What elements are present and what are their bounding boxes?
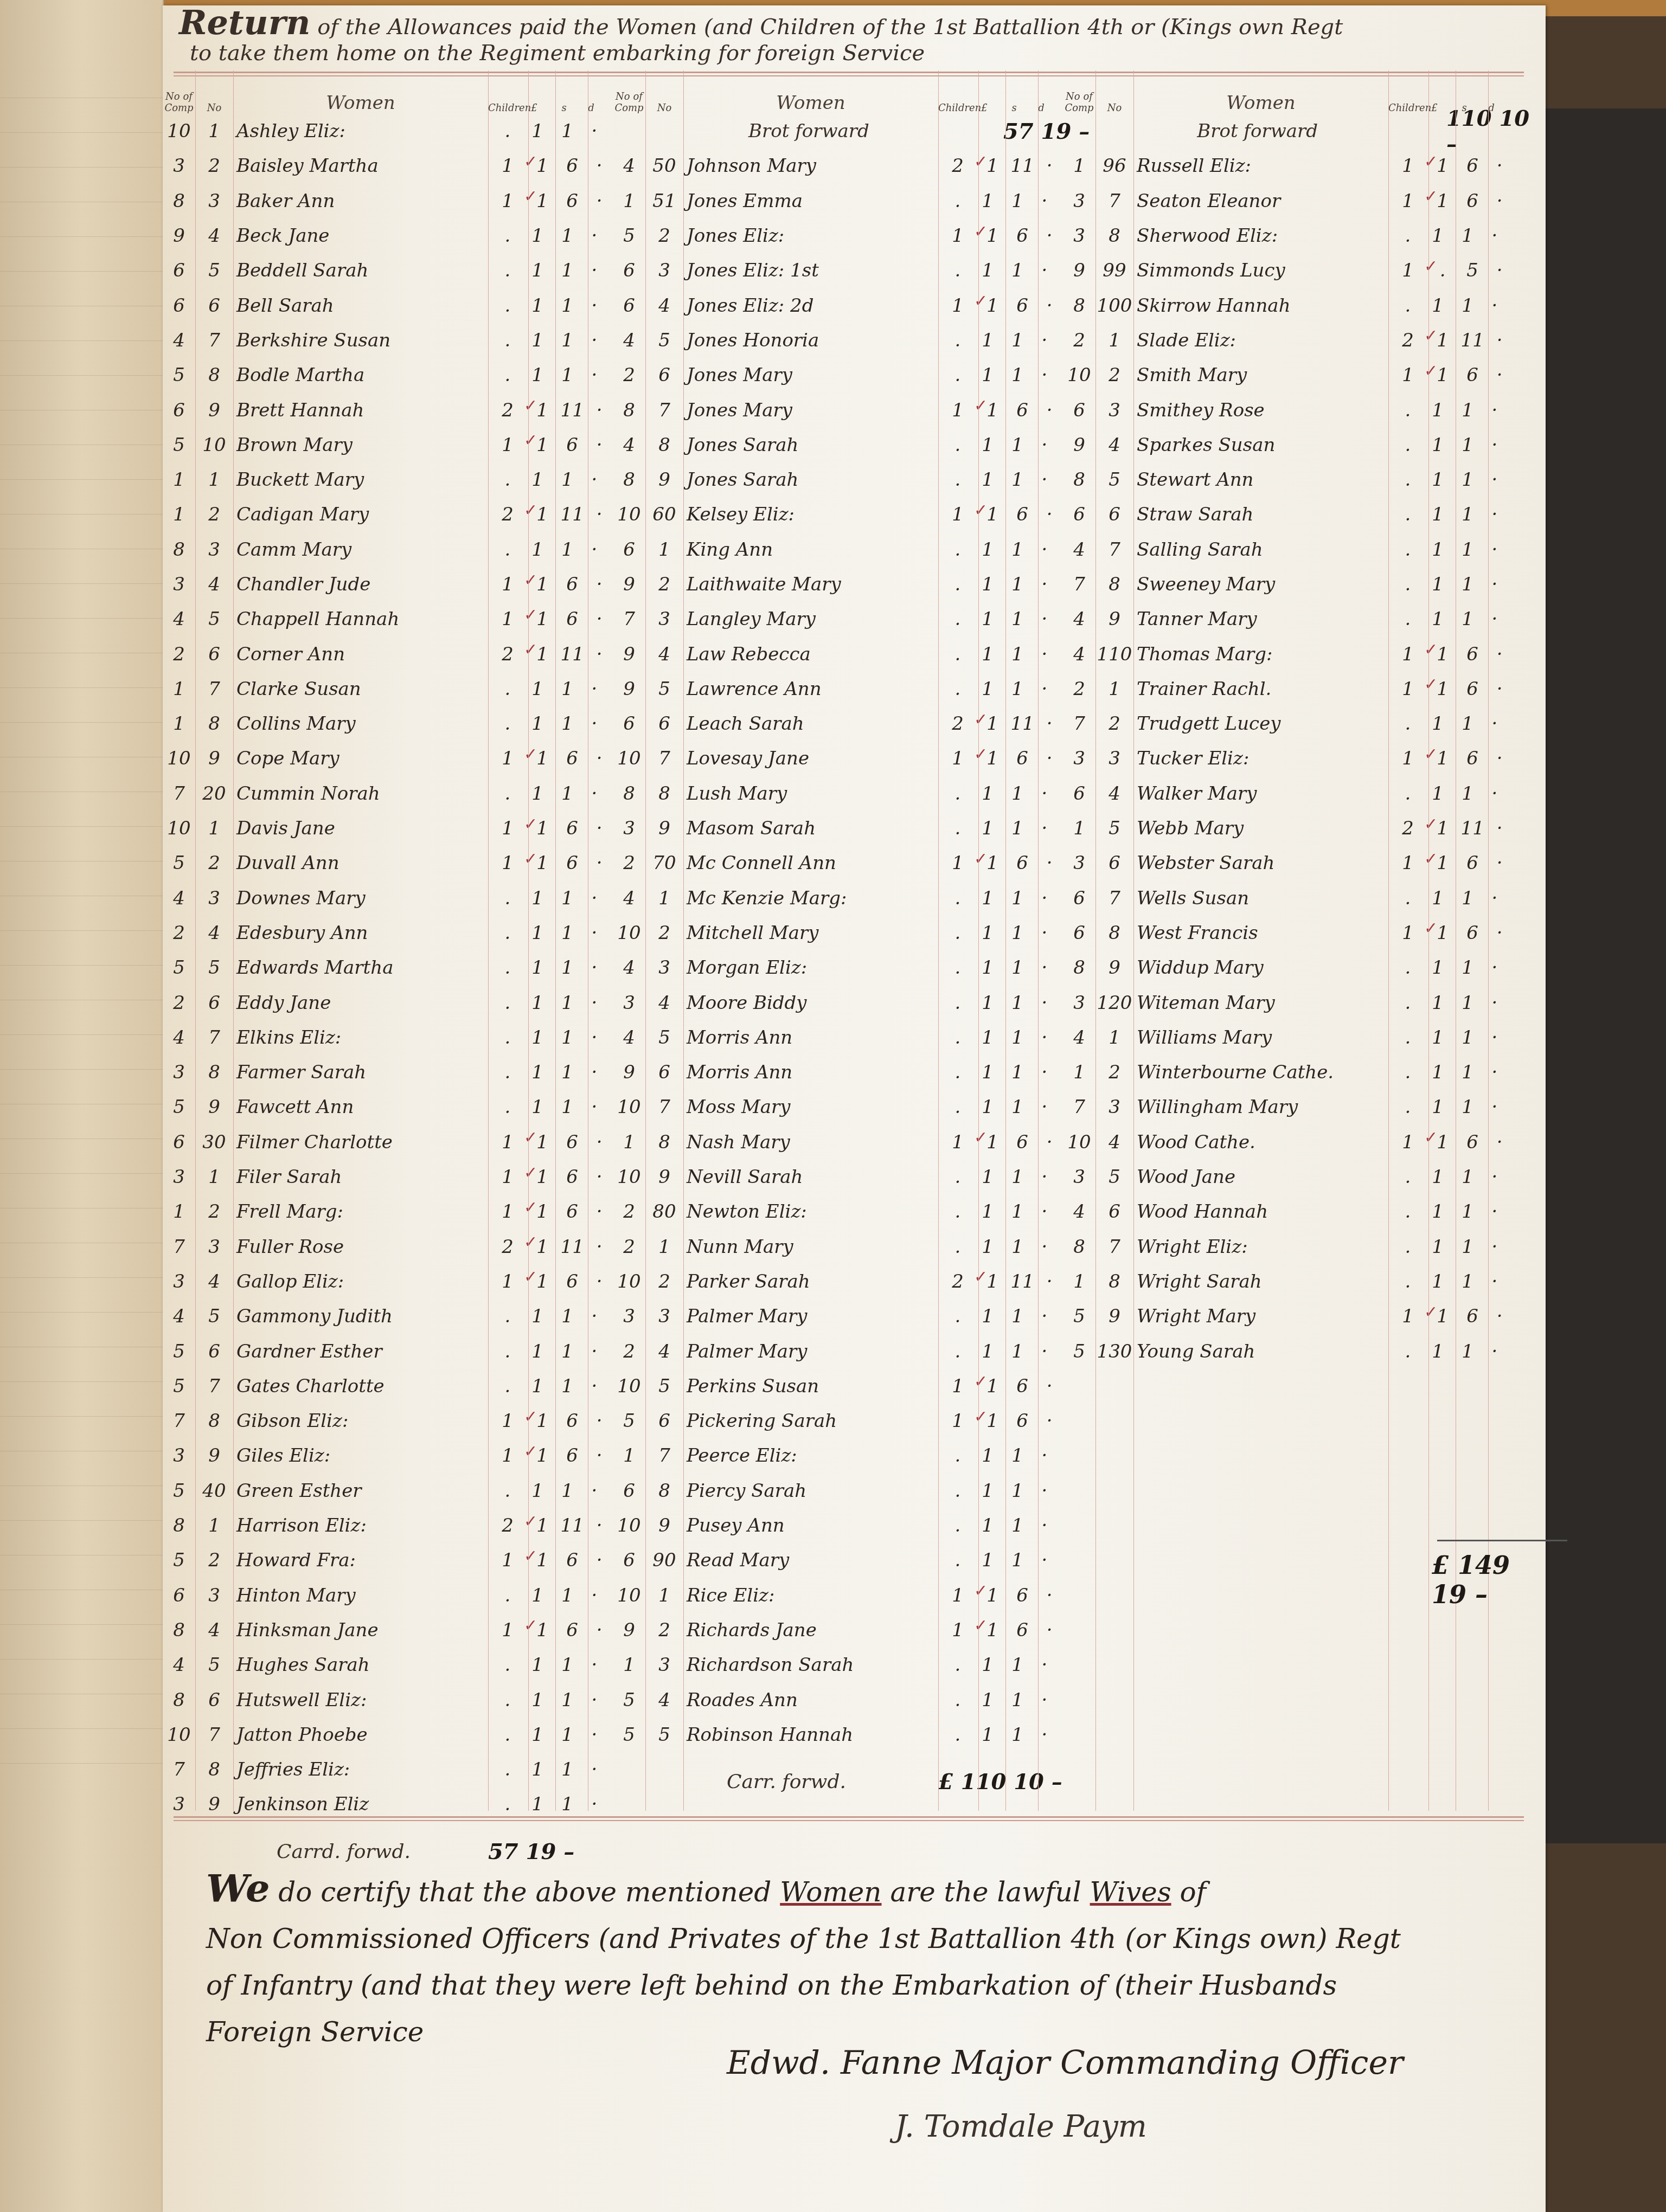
children-count: . [491,225,524,247]
pence-separator: · [1484,1062,1505,1083]
woman-name: Nevill Sarah [683,1166,941,1188]
company-number: 9 [613,678,645,700]
pence: 1 [551,225,584,247]
entry-number: 3 [645,1654,683,1676]
ledger-row: 45Chappell Hannah1✓16· [163,602,610,636]
company-number: 3 [613,992,645,1014]
woman-name: Hughes Sarah [233,1654,491,1676]
ledger-row: 84Hinksman Jane1✓16· [163,1613,610,1648]
entry-number: 5 [645,678,683,700]
entry-number: 7 [195,1027,233,1049]
entry-number: 1 [195,1515,233,1536]
children-count: . [1392,469,1424,491]
check-mark-icon: ✓ [524,1616,537,1635]
woman-name: Wright Mary [1133,1306,1392,1327]
pence: 1 [551,713,584,735]
check-mark-icon: ✓ [524,571,537,590]
ruled-line [0,1728,163,1729]
entry-number: 3 [195,539,233,561]
company-number: 2 [613,364,645,386]
pence-separator: · [588,1201,610,1223]
company-number: 2 [163,922,195,944]
company-number: 6 [1063,400,1095,421]
ledger-row: 94Law Rebecca.11· [613,636,1090,671]
pence: 6 [1006,1131,1039,1153]
pence: 1 [1001,190,1034,212]
ledger-row: 36Webster Sarah1✓16· [1063,846,1546,880]
woman-name: Seaton Eleanor [1133,190,1392,212]
company-number: 2 [163,644,195,665]
entry-number: 9 [1095,957,1133,979]
company-number: 1 [163,1201,195,1223]
ruled-line [0,861,163,861]
ledger-row: 102Mitchell Mary.11· [613,916,1090,950]
woman-name: Jones Emma [683,190,941,212]
pence: 1 [551,1585,584,1606]
pence: 1 [1451,1027,1484,1049]
company-number: 8 [613,783,645,805]
entry-number: 4 [195,1271,233,1293]
company-number: 5 [1063,1341,1095,1362]
entry-number: 10 [195,434,233,456]
woman-name: Downes Mary [233,888,491,909]
pence: 6 [556,1445,588,1467]
pence: 1 [1451,1096,1484,1118]
entry-number: 2 [195,155,233,177]
company-number: 9 [163,225,195,247]
woman-name: Langley Mary [683,608,941,630]
woman-name: Wells Susan [1133,888,1392,909]
header-comp: No of Comp [1063,91,1095,114]
ledger-row: 39Jenkinson Eliz.11· [163,1787,610,1822]
pence: 1 [1001,1445,1034,1467]
ledger-row: 37Seaton Eleanor1✓16· [1063,184,1546,218]
woman-name: Williams Mary [1133,1027,1392,1049]
ledger-row: 104Wood Cathe.1✓16· [1063,1125,1546,1160]
check-mark-icon: ✓ [974,850,988,869]
pence: 11 [1006,713,1039,735]
book-cover [1541,108,1666,1843]
company-number: 3 [1063,852,1095,874]
children-count: . [1392,1236,1424,1258]
entry-number: 90 [645,1549,683,1571]
ledger-row: 45Hughes Sarah.11· [163,1648,610,1682]
pence-separator: · [588,1619,610,1641]
entry-number: 6 [1095,504,1133,525]
ledger-row: 83Baker Ann1✓16· [163,184,610,218]
woman-name: Winterbourne Cathe. [1133,1062,1392,1083]
ledger-column-2: No of CompNoWomenChildren£sdBrot forward… [613,76,1090,1812]
company-number: 2 [1063,330,1095,351]
children-count: . [491,1341,524,1362]
entry-number: 7 [195,1724,233,1746]
pence: 6 [1006,504,1039,525]
woman-name: Nash Mary [683,1131,941,1153]
ledger-row: 92Richards Jane1✓16· [613,1613,1090,1648]
pence: 6 [556,574,588,595]
ledger-row: 63Jones Eliz: 1st.11· [613,253,1090,288]
entry-number: 8 [1095,1271,1133,1293]
pence-separator: · [1484,539,1505,561]
entry-number: 100 [1095,295,1133,317]
pence-separator: · [1034,1480,1055,1502]
woman-name: Clarke Susan [233,678,491,700]
ruled-line [0,618,163,619]
ledger-row: 17Peerce Eliz:.11· [613,1438,1090,1473]
company-number: 6 [163,260,195,281]
entry-number: 7 [645,1096,683,1118]
carried-forward-label: Carrd. forwd. [277,1841,488,1863]
pence-separator: · [1039,748,1060,769]
check-mark-icon: ✓ [524,850,537,869]
column-rule [1388,70,1389,1811]
pence: 1 [1001,1236,1034,1258]
children-count: 1 [491,748,524,769]
children-count: 1 [491,818,524,839]
check-mark-icon: ✓ [1424,1303,1438,1322]
ledger-row: 66Straw Sarah.11· [1063,497,1546,532]
company-number: 3 [1063,992,1095,1014]
ledger-row: 280Newton Eliz:.11· [613,1194,1090,1229]
ruled-line [0,1451,163,1451]
pence-separator: · [1484,1201,1505,1223]
pence-separator: · [588,1271,610,1293]
company-number: 1 [613,1654,645,1676]
pence: 1 [1001,1724,1034,1746]
children-count: 1 [941,504,974,525]
woman-name: King Ann [683,539,941,561]
woman-name: Fuller Rose [233,1236,491,1258]
entry-number: 50 [645,155,683,177]
company-number: 7 [613,608,645,630]
ledger-row: 101Ashley Eliz:.11· [163,114,610,149]
header-no: No [195,102,233,114]
entry-number: 1 [645,539,683,561]
ledger-row: 49Tanner Mary.11· [1063,602,1546,636]
ledger-row: 21Slade Eliz:2✓111· [1063,323,1546,358]
company-number: 4 [163,888,195,909]
children-count: . [941,1480,974,1502]
woman-name: Tanner Mary [1133,608,1392,630]
pence-separator: · [1039,1131,1060,1153]
pence-separator: · [1484,504,1505,525]
ledger-row: 109Cope Mary1✓16· [163,741,610,776]
pence-separator: · [584,922,605,944]
woman-name: Pickering Sarah [683,1410,941,1432]
woman-name: Berkshire Susan [233,330,491,351]
pence-separator: · [584,1096,605,1118]
ledger-row: 450Johnson Mary2✓111· [613,149,1090,183]
children-count: 1 [491,1131,524,1153]
pence: 1 [1001,1549,1034,1571]
pence: 1 [551,1375,584,1397]
pence-separator: · [1034,1445,1055,1467]
column-rule [1038,70,1039,1811]
woman-name: Beddell Sarah [233,260,491,281]
column-headers: No of CompNoWomenChildren£sd [613,76,1090,114]
cert-women: Women [780,1876,881,1908]
entry-number: 1 [1095,1027,1133,1049]
pence: 11 [1006,1271,1039,1293]
woman-name: Pusey Ann [683,1515,941,1536]
entry-number: 2 [1095,1062,1133,1083]
children-count: . [941,1341,974,1362]
pence: 1 [551,1759,584,1780]
woman-name: Howard Fra: [233,1549,491,1571]
pence: 1 [1451,1166,1484,1188]
woman-name: Rice Eliz: [683,1585,941,1606]
children-count: . [491,713,524,735]
ledger-row: 510Brown Mary1✓16· [163,428,610,462]
pence: 6 [556,1201,588,1223]
children-count: . [1392,1271,1424,1293]
entry-number: 9 [645,1166,683,1188]
entry-number: 80 [645,1201,683,1223]
column-rule [683,70,684,1811]
woman-name: Tucker Eliz: [1133,748,1392,769]
entry-number: 8 [195,364,233,386]
company-number: 3 [163,574,195,595]
pence: 1 [1001,1480,1034,1502]
column-rule [195,70,196,1811]
pence: 1 [1001,1096,1034,1118]
ledger-row: 270Mc Connell Ann1✓16· [613,846,1090,880]
ledger-row: 87Jones Mary1✓16· [613,393,1090,427]
ledger-row: 33Tucker Eliz:1✓16· [1063,741,1546,776]
pence-separator: · [1484,1236,1505,1258]
entry-number: 6 [195,1341,233,1362]
document-title: Return of the Allowances paid the Women … [179,10,1524,66]
company-number: 4 [1063,1027,1095,1049]
ledger-row: 8100Skirrow Hannah.11· [1063,288,1546,323]
children-count: 1 [491,1445,524,1467]
pence: 1 [1001,922,1034,944]
pence: 6 [556,818,588,839]
ruled-line [0,583,163,584]
company-number: 3 [1063,190,1095,212]
entry-number: 7 [645,748,683,769]
check-mark-icon: ✓ [974,1581,988,1600]
ledger-row: 17Clarke Susan.11· [163,672,610,706]
company-number: 8 [1063,1236,1095,1258]
children-count: . [941,1654,974,1676]
ledger-row: 94Beck Jane.11· [163,218,610,253]
woman-name: Trainer Rachl. [1133,678,1392,700]
pence-separator: · [1034,608,1055,630]
ruled-line [0,236,163,237]
entry-number: 4 [1095,783,1133,805]
pence: 6 [1456,852,1489,874]
children-count: . [1392,1341,1424,1362]
woman-name: Ashley Eliz: [233,120,491,142]
woman-name: Filer Sarah [233,1166,491,1188]
entry-number: 8 [645,783,683,805]
pence-separator: · [584,260,605,281]
company-number: 1 [163,469,195,491]
check-mark-icon: ✓ [524,396,537,415]
pence: 1 [551,888,584,909]
entry-number: 3 [195,888,233,909]
children-count: . [941,1062,974,1083]
ledger-row: 12Frell Marg:1✓16· [163,1194,610,1229]
ledger-row: 690Read Mary.11· [613,1543,1090,1578]
woman-name: Beck Jane [233,225,491,247]
children-count: . [491,1062,524,1083]
pence-separator: · [584,120,605,142]
company-number: 5 [613,1724,645,1746]
pence-separator: · [1489,1306,1510,1327]
children-count: 1 [1392,190,1424,212]
pence: 6 [1456,1306,1489,1327]
woman-name: Jones Eliz: 2d [683,295,941,317]
woman-name: Elkins Eliz: [233,1027,491,1049]
ruled-line [0,445,163,445]
woman-name: Witeman Mary [1133,992,1392,1014]
pence: 1 [551,539,584,561]
ruled-line [0,1000,163,1000]
check-mark-icon: ✓ [974,1372,988,1391]
children-count: . [1392,992,1424,1014]
entry-number: 40 [195,1480,233,1502]
cert-wives: Wives [1090,1876,1171,1908]
ruled-line [0,1034,163,1035]
ledger-row: 24Edesbury Ann.11· [163,916,610,950]
pence-separator: · [1484,400,1505,421]
pence-separator: · [1484,574,1505,595]
woman-name: Walker Mary [1133,783,1392,805]
pence-separator: · [588,1410,610,1432]
entry-number: 3 [645,957,683,979]
pence-separator: · [1039,1410,1060,1432]
ledger-row: 105Perkins Susan1✓16· [613,1369,1090,1404]
pence: 11 [556,1236,588,1258]
check-mark-icon: ✓ [524,640,537,659]
pence: 1 [1001,957,1034,979]
ruled-line [0,1381,163,1382]
children-count: 1 [491,190,524,212]
pence: 6 [1006,1375,1039,1397]
woman-name: Piercy Sarah [683,1480,941,1502]
pence: 1 [1001,818,1034,839]
pence-separator: · [1034,1549,1055,1571]
check-mark-icon: ✓ [524,1233,537,1252]
children-count: . [941,364,974,386]
ruled-line [0,132,163,133]
check-mark-icon: ✓ [974,1616,988,1635]
children-count: . [1392,783,1424,805]
company-number: 4 [613,957,645,979]
pence: 6 [1006,400,1039,421]
children-count: . [1392,888,1424,909]
entry-number: 8 [195,1759,233,1780]
ruled-line [0,896,163,896]
children-count: . [941,469,974,491]
pence: 1 [551,364,584,386]
woman-name: Lush Mary [683,783,941,805]
ledger-row: 151Jones Emma.11· [613,184,1090,218]
pence: 1 [551,1654,584,1676]
ruled-line [0,202,163,202]
pence: 6 [556,1619,588,1641]
children-count: . [941,922,974,944]
pence-separator: · [1034,1201,1055,1223]
pence: 1 [1001,330,1034,351]
ledger-row: 83Camm Mary.11· [163,532,610,567]
woman-name: Jones Mary [683,400,941,421]
children-count: . [491,295,524,317]
ledger-row: 34Chandler Jude1✓16· [163,567,610,602]
pence-separator: · [584,957,605,979]
ledger-row: 73Langley Mary.11· [613,602,1090,636]
check-mark-icon: ✓ [524,431,537,450]
woman-name: Jones Eliz: [683,225,941,247]
check-mark-icon: ✓ [1424,187,1438,206]
pence: 1 [1451,504,1484,525]
header-s: £ [1421,102,1448,114]
children-count: . [491,1759,524,1780]
children-count: 1 [941,225,974,247]
pence-separator: · [588,1445,610,1467]
company-number: 10 [1063,364,1095,386]
cert-we: We [206,1866,270,1911]
ruled-line [0,1555,163,1555]
entry-number: 2 [1095,364,1133,386]
pence: 11 [1456,330,1489,351]
ledger-row: 18Collins Mary.11· [163,706,610,741]
company-number: 5 [163,1549,195,1571]
children-count: 1 [1392,364,1424,386]
ledger-row: 31Filer Sarah1✓16· [163,1160,610,1194]
ledger-row: 47Berkshire Susan.11· [163,323,610,358]
children-count: . [941,1724,974,1746]
brought-forward-label: Brot forward [1132,120,1446,142]
pence-separator: · [588,155,610,177]
children-count: 2 [941,155,974,177]
pence: 1 [1451,1236,1484,1258]
woman-name: Edwards Martha [233,957,491,979]
pence-separator: · [1484,1096,1505,1118]
pence: 1 [551,957,584,979]
ledger-row: 63Smithey Rose.11· [1063,393,1546,427]
woman-name: Trudgett Lucey [1133,713,1392,735]
company-number: 4 [163,1654,195,1676]
check-mark-icon: ✓ [524,1198,537,1217]
woman-name: Wood Hannah [1133,1201,1392,1223]
ledger-row: 43Morgan Eliz:.11· [613,950,1090,985]
pence-separator: · [588,190,610,212]
woman-name: Baisley Martha [233,155,491,177]
pence: 6 [556,190,588,212]
children-count: . [491,120,524,142]
title-word: Return [179,3,310,42]
column-rule [1005,70,1006,1811]
company-number: 10 [163,120,195,142]
ruled-line [0,1416,163,1417]
company-number: 9 [613,1062,645,1083]
pence: 1 [1451,574,1484,595]
check-mark-icon: ✓ [974,1268,988,1287]
company-number: 6 [1063,922,1095,944]
check-mark-icon: ✓ [524,1128,537,1147]
company-number: 5 [163,434,195,456]
children-count: . [941,1689,974,1711]
woman-name: Green Esther [233,1480,491,1502]
pence: 11 [556,504,588,525]
pence-separator: · [1489,644,1510,665]
column-rule [1488,70,1489,1811]
company-number: 7 [1063,713,1095,735]
check-mark-icon: ✓ [974,710,988,729]
